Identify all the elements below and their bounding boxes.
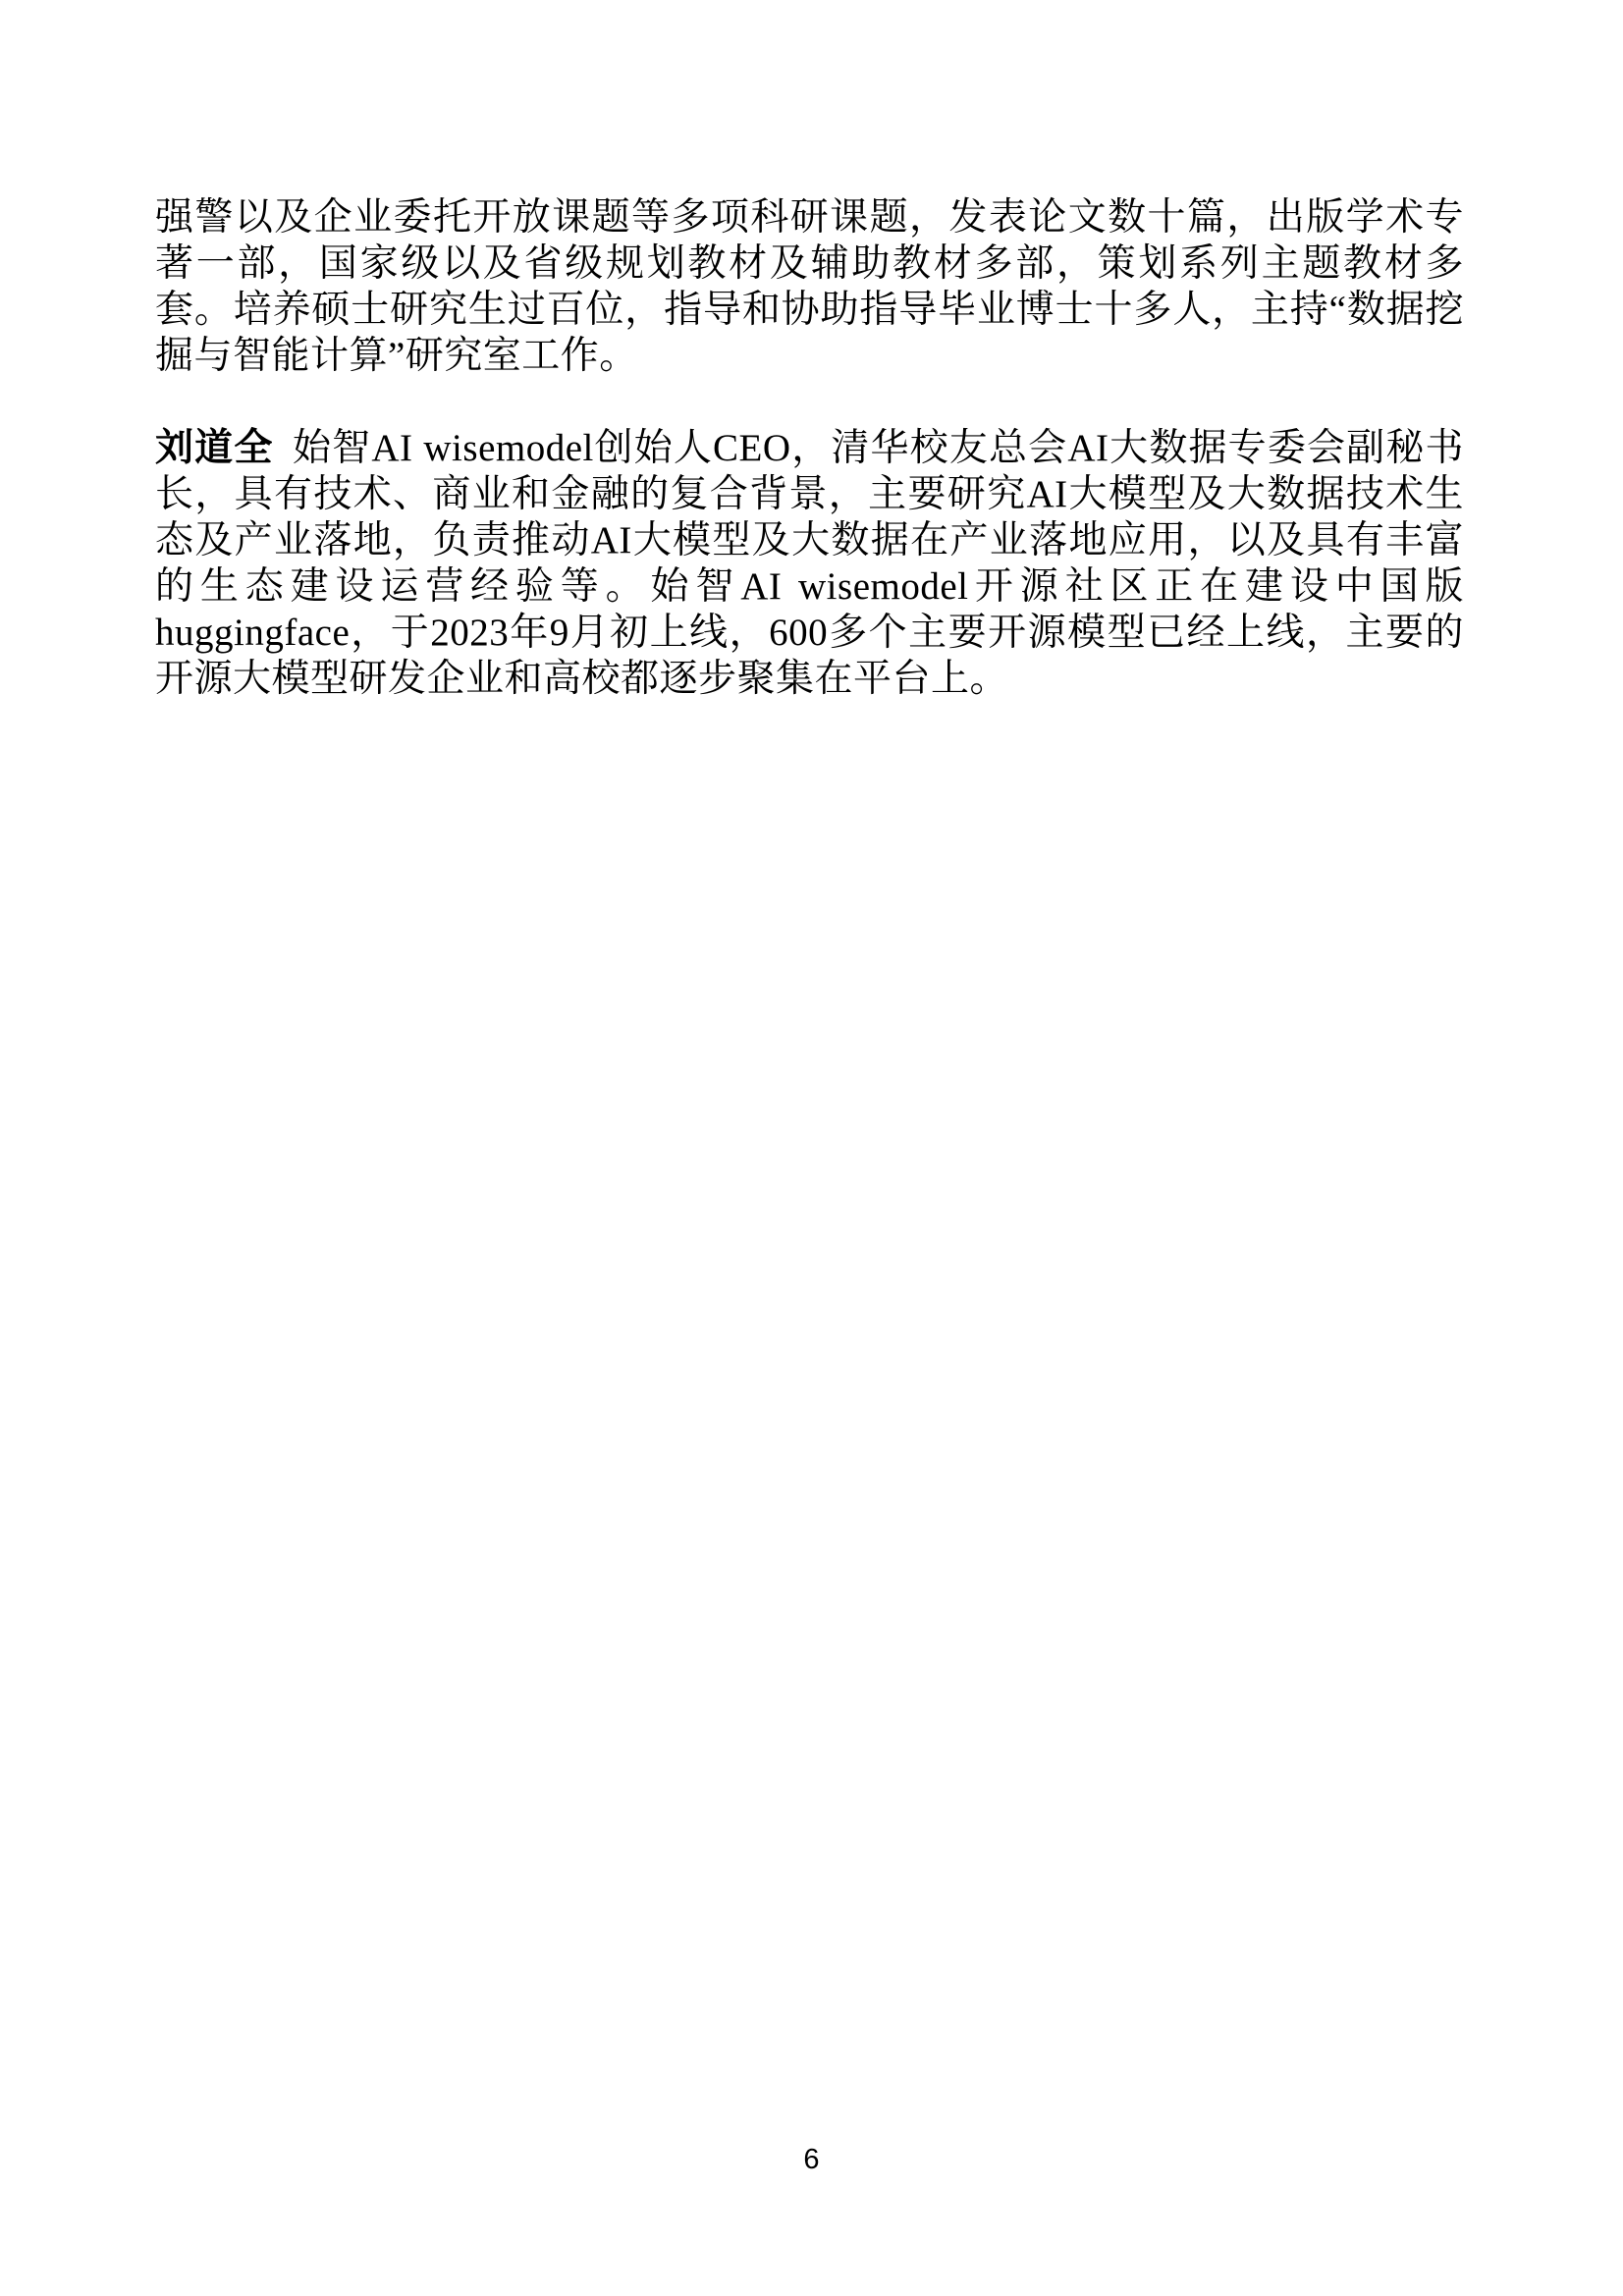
page-number: 6	[0, 2144, 1623, 2175]
paragraph-research-topics: 强警以及企业委托开放课题等多项科研课题，发表论文数十篇，出版学术专著一部，国家级…	[155, 194, 1464, 379]
paragraph-bio-text: 始智AI wisemodel创始人CEO，清华校友总会AI大数据专委会副秘书长，…	[155, 427, 1464, 700]
page-content: 强警以及企业委托开放课题等多项科研课题，发表论文数十篇，出版学术专著一部，国家级…	[155, 194, 1464, 702]
person-name: 刘道全	[155, 427, 274, 469]
document-page: 强警以及企业委托开放课题等多项科研课题，发表论文数十篇，出版学术专著一部，国家级…	[0, 0, 1623, 2296]
paragraph-bio-liudaoquan: 刘道全始智AI wisemodel创始人CEO，清华校友总会AI大数据专委会副秘…	[155, 425, 1464, 702]
paragraph-research-topics-text: 强警以及企业委托开放课题等多项科研课题，发表论文数十篇，出版学术专著一部，国家级…	[155, 196, 1464, 377]
